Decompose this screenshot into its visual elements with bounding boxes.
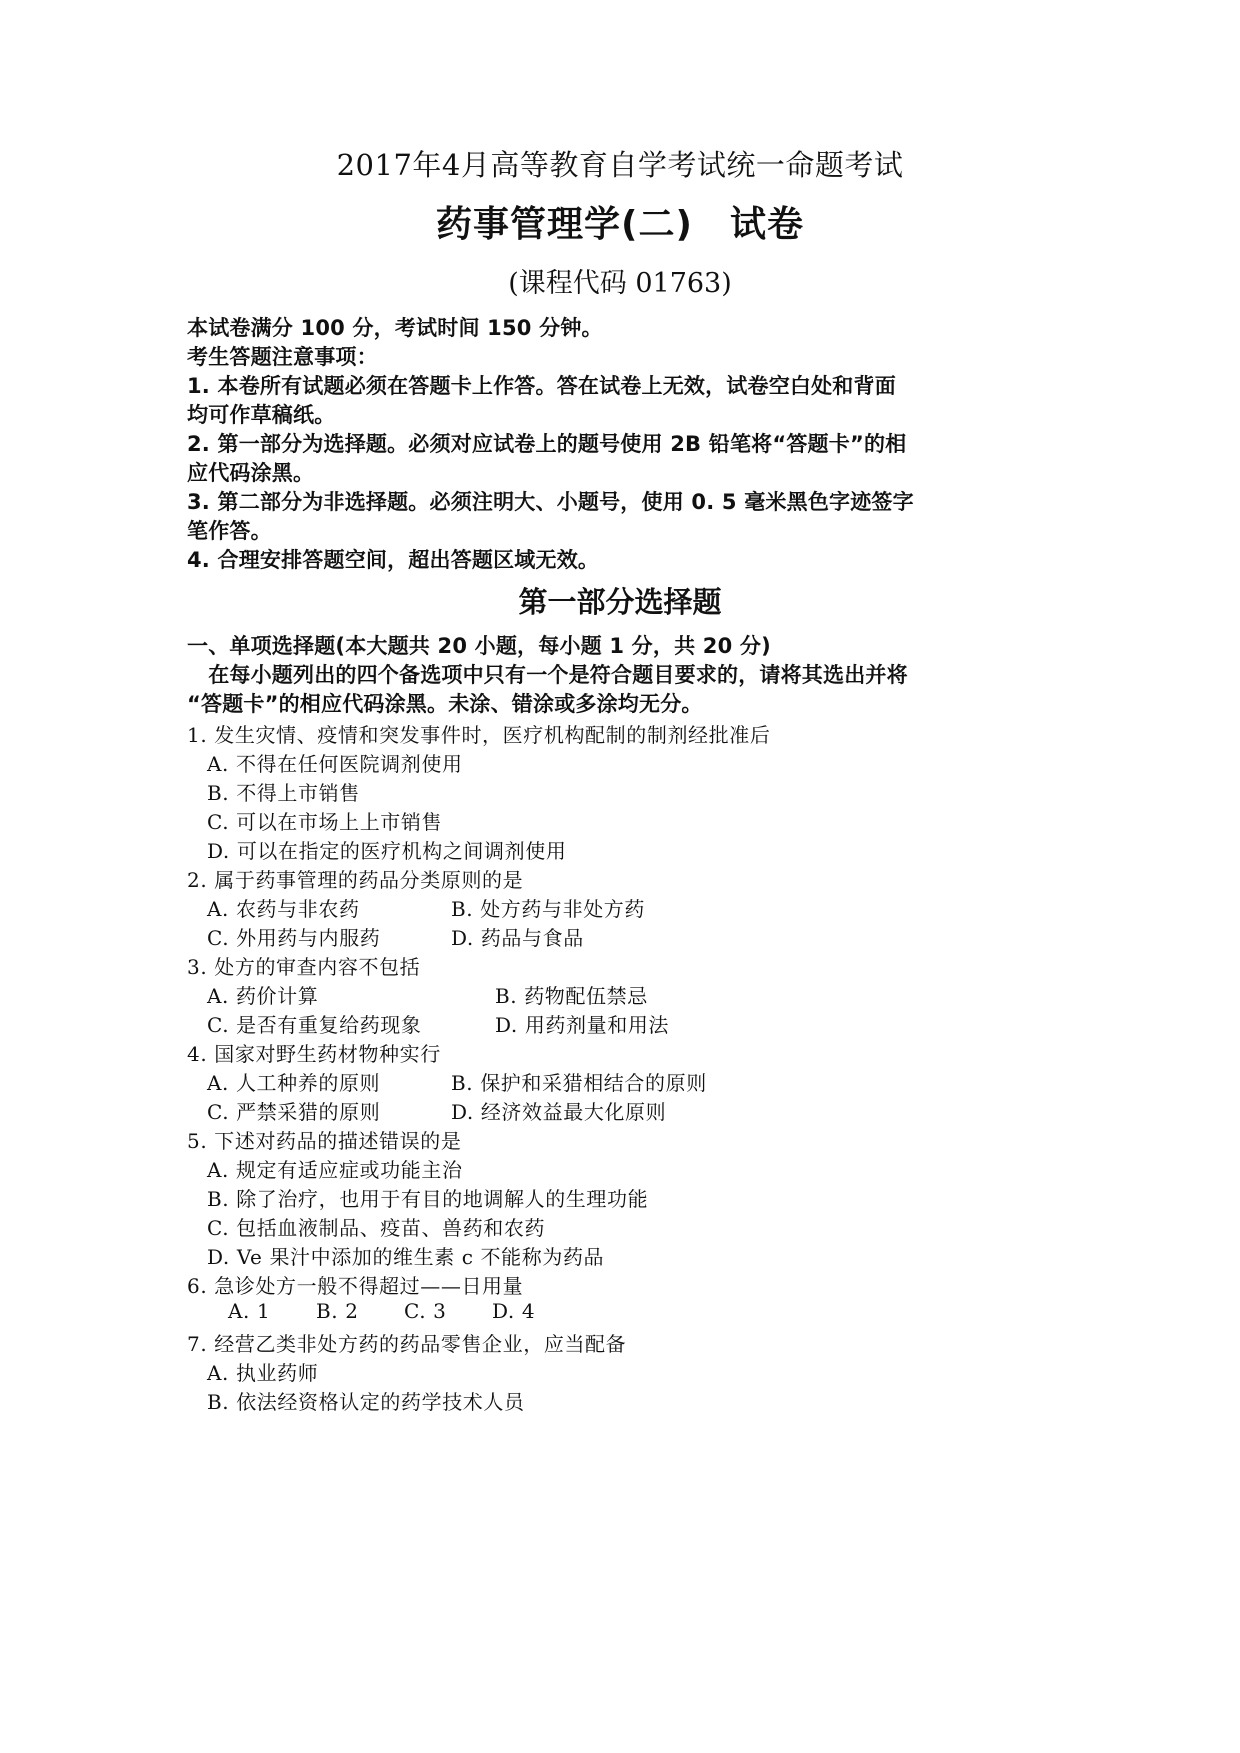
- option-a: A. 规定有适应症或功能主治: [207, 1154, 463, 1183]
- option-b: B. 除了治疗，也用于有目的地调解人的生理功能: [207, 1183, 648, 1212]
- option-d: D. 可以在指定的医疗机构之间调剂使用: [207, 835, 566, 864]
- option-a: A. 1: [228, 1299, 270, 1323]
- instruction-line: 笔作答。: [187, 515, 272, 545]
- instruction-line: 4. 合理安排答题空间，超出答题区域无效。: [187, 544, 599, 574]
- option-c: C. 3: [404, 1299, 446, 1323]
- part-one-heading: 第一部分选择题: [0, 580, 1240, 621]
- notice-heading: 考生答题注意事项：: [187, 341, 378, 371]
- option-c: C. 外用药与内服药: [207, 922, 380, 951]
- question-stem: 5. 下述对药品的描述错误的是: [187, 1125, 461, 1154]
- section-description: “答题卡”的相应代码涂黑。未涂、错涂或多涂均无分。: [187, 688, 703, 718]
- option-b: B. 依法经资格认定的药学技术人员: [207, 1386, 525, 1415]
- instruction-line: 均可作草稿纸。: [187, 399, 335, 429]
- question-stem: 1. 发生灾情、疫情和突发事件时，医疗机构配制的制剂经批准后: [187, 719, 770, 748]
- instruction-line: 3. 第二部分为非选择题。必须注明大、小题号，使用 0. 5 毫米黑色字迹签字: [187, 486, 914, 516]
- option-a: A. 农药与非农药: [207, 893, 360, 922]
- question-stem: 2. 属于药事管理的药品分类原则的是: [187, 864, 523, 893]
- instruction-line: 应代码涂黑。: [187, 457, 314, 487]
- question-stem: 3. 处方的审查内容不包括: [187, 951, 420, 980]
- option-c: C. 可以在市场上上市销售: [207, 806, 442, 835]
- instruction-line: 2. 第一部分为选择题。必须对应试卷上的题号使用 2B 铅笔将“答题卡”的相: [187, 428, 906, 458]
- exam-title: 2017年4月高等教育自学考试统一命题考试: [0, 143, 1240, 184]
- option-c: C. 是否有重复给药现象: [207, 1009, 422, 1038]
- option-d: D. 药品与食品: [451, 922, 584, 951]
- option-a: A. 不得在任何医院调剂使用: [207, 748, 463, 777]
- option-a: A. 药价计算: [207, 980, 318, 1009]
- option-b: B. 处方药与非处方药: [451, 893, 645, 922]
- question-stem: 6. 急诊处方一般不得超过——日用量: [187, 1270, 523, 1299]
- option-d: D. 用药剂量和用法: [495, 1009, 669, 1038]
- option-b: B. 药物配伍禁忌: [495, 980, 648, 1009]
- option-d: D. 4: [492, 1299, 535, 1323]
- option-b: B. 保护和采猎相结合的原则: [451, 1067, 707, 1096]
- question-stem: 7. 经营乙类非处方药的药品零售企业，应当配备: [187, 1328, 626, 1357]
- question-stem: 4. 国家对野生药材物种实行: [187, 1038, 441, 1067]
- option-d: D. 经济效益最大化原则: [451, 1096, 666, 1125]
- section-title: 一、单项选择题(本大题共 20 小题，每小题 1 分，共 20 分): [187, 630, 771, 660]
- paper-title: 药事管理学(二) 试卷: [0, 196, 1240, 247]
- option-b: B. 不得上市销售: [207, 777, 360, 806]
- instruction-line: 1. 本卷所有试题必须在答题卡上作答。答在试卷上无效，试卷空白处和背面: [187, 370, 896, 400]
- course-code: (课程代码 01763): [0, 261, 1240, 300]
- option-a: A. 执业药师: [207, 1357, 318, 1386]
- score-time-note: 本试卷满分 100 分，考试时间 150 分钟。: [187, 312, 603, 342]
- option-d: D. Ve 果汁中添加的维生素 c 不能称为药品: [207, 1241, 604, 1270]
- section-description: 在每小题列出的四个备选项中只有一个是符合题目要求的，请将其选出并将: [187, 659, 908, 689]
- option-b: B. 2: [316, 1299, 359, 1323]
- option-c: C. 包括血液制品、疫苗、兽药和农药: [207, 1212, 545, 1241]
- option-c: C. 严禁采猎的原则: [207, 1096, 380, 1125]
- option-a: A. 人工种养的原则: [207, 1067, 380, 1096]
